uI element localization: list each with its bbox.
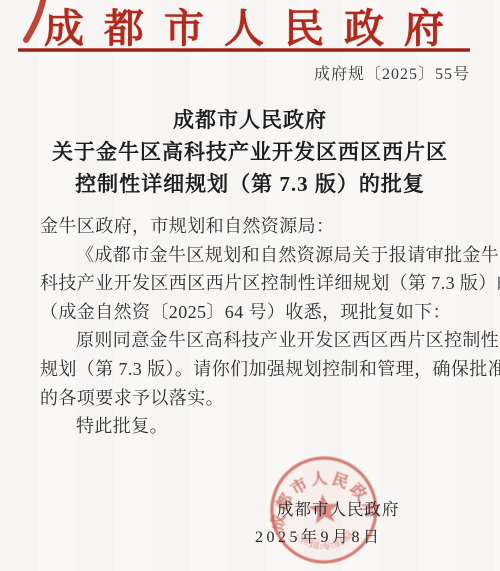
paragraph-line: 科技产业开发区西区西片区控制性详细规划（第 7.3 版）的请示 bbox=[40, 269, 470, 298]
paragraph-line: 原则同意金牛区高科技产业开发区西区西片区控制性详细 bbox=[40, 326, 470, 355]
letterhead-org-name: 成都市人民政府 bbox=[18, 0, 470, 54]
letterhead-divider-rule bbox=[18, 48, 470, 52]
paragraph-line: 规划（第 7.3 版）。请你们加强规划控制和管理，确保批准规划 bbox=[40, 355, 470, 384]
title-line-3: 控制性详细规划（第 7.3 版）的批复 bbox=[0, 168, 500, 200]
paragraph-line: 《成都市金牛区规划和自然资源局关于报请审批金牛区高 bbox=[40, 241, 470, 270]
salutation-line: 金牛区政府，市规划和自然资源局： bbox=[40, 212, 470, 241]
document-body: 金牛区政府，市规划和自然资源局： 《成都市金牛区规划和自然资源局关于报请审批金牛… bbox=[40, 212, 470, 441]
paragraph-line: 的各项要求予以落实。 bbox=[40, 384, 470, 413]
paragraph-line: （成金自然资〔2025〕64 号）收悉，现批复如下： bbox=[40, 298, 470, 327]
document-title: 成都市人民政府 关于金牛区高科技产业开发区西区西片区 控制性详细规划（第 7.3… bbox=[0, 104, 500, 200]
document-number: 成府规〔2025〕55号 bbox=[314, 61, 470, 84]
signature-org-name: 成都市人民政府 bbox=[277, 496, 400, 520]
signature-date: 2025年9月8日 bbox=[255, 524, 383, 547]
official-document-page: 成都市人民政府 成府规〔2025〕55号 成都市人民政府 关于金牛区高科技产业开… bbox=[0, 0, 500, 571]
title-line-2: 关于金牛区高科技产业开发区西区西片区 bbox=[0, 136, 500, 168]
closing-line: 特此批复。 bbox=[40, 412, 470, 441]
title-line-1: 成都市人民政府 bbox=[0, 104, 500, 136]
